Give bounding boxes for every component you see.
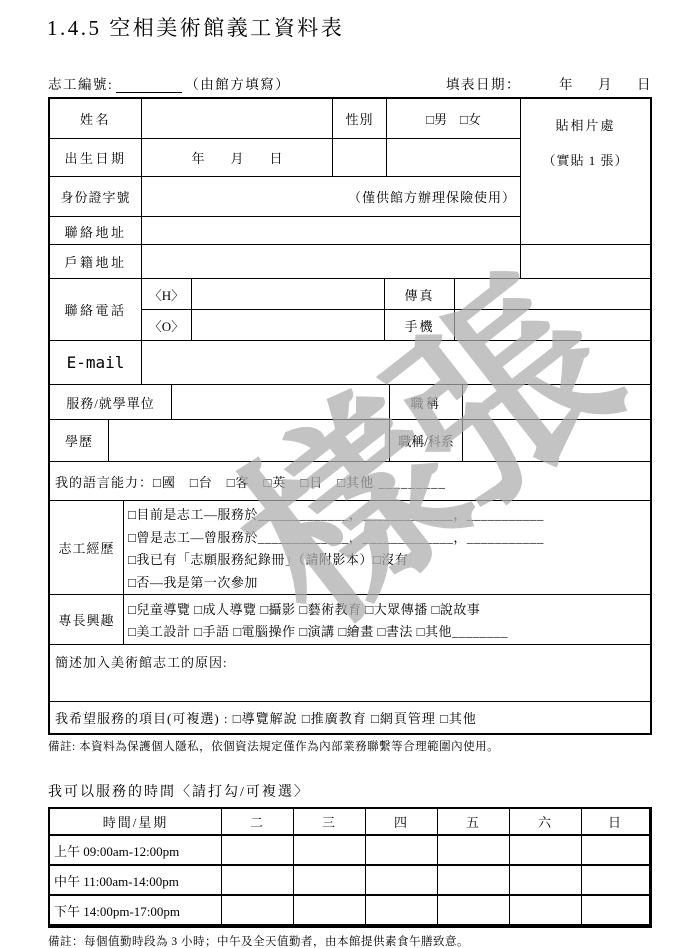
job-dept-field [463,420,650,461]
phone-home-tag: 〈H〉 [142,279,192,309]
mobile-field [455,310,650,340]
fax-label: 傳真 [385,279,455,309]
schedule-header-sat: 六 [510,809,582,834]
volunteer-no-blank [116,78,182,93]
education-row: 學歷 職稱/科系 [50,420,650,462]
schedule-noon-label: 中午 11:00am-14:00pm [50,866,222,894]
name-label: 姓名 [50,99,142,138]
schedule-cell [582,836,650,864]
specialty-line-1: □兒童導覽 □成人導覽 □攝影 □藝術教育 □大眾傳播 □說故事 [128,599,650,618]
specialty-row: 專長興趣 □兒童導覽 □成人導覽 □攝影 □藝術教育 □大眾傳播 □說故事 □美… [50,595,650,645]
schedule-cell [510,866,582,894]
birth-empty-cell-1 [333,139,387,176]
phone-block: 聯絡電話 〈H〉 傳真 〈O〉 手機 [50,279,650,341]
job-title-field [463,385,650,419]
experience-line-record-book: □我已有「志願服務紀錄冊」（請附影本）□沒有 [128,549,650,568]
reason-row: 簡述加入美術館志工的原因: [50,645,650,702]
schedule-cell [438,836,510,864]
wish-row: 我希望服務的項目(可複選) : □導覽解說 □推廣教育 □網頁管理 □其他 [50,702,650,733]
photo-area-title: 貼相片處 [555,115,615,134]
phone-block-right: 〈H〉 傳真 〈O〉 手機 [142,279,650,340]
top-block: 姓名 性別 □男 □女 出生日期 年 月 日 身份證字號 （僅供館方辦理保險使用… [50,99,650,245]
schedule-heading: 我可以服務的時間〈請打勾/可複選〉 [48,781,310,801]
language-line: 我的語言能力：□國 □台 □客 □英 □日 □其他 _________ [50,462,650,500]
schedule-note: 備註：每個值勤時段為 3 小時；中午及全天值勤者，由本館提供素食午膳致意。 [48,933,469,948]
contact-address-field [142,217,521,245]
phone-office-tag: 〈O〉 [142,310,192,340]
specialty-options: □兒童導覽 □成人導覽 □攝影 □藝術教育 □大眾傳播 □說故事 □美工設計 □… [124,595,650,644]
schedule-afternoon-label: 下午 14:00pm-17:00pm [50,896,222,924]
schedule-cell [366,836,438,864]
job-title-label: 職稱 [390,385,463,419]
privacy-note: 備註: 本資料為保護個人隱私，依個資法規定僅作為內部業務聯繫等合理範圍內使用。 [48,738,499,754]
schedule-cell [222,896,294,924]
contact-address-row: 聯絡地址 [50,217,521,245]
experience-options: □目前是志工—服務於_____________，_____________，__… [124,501,650,594]
gender-label: 性別 [333,99,387,138]
service-unit-field [172,385,390,419]
experience-line-current: □目前是志工—服務於_____________，_____________，__… [128,504,650,523]
fill-date-month: 月 [598,73,613,93]
birth-label: 出生日期 [50,139,142,176]
schedule-table: 時間/星期 二 三 四 五 六 日 上午 09:00am-12:00pm 中午 … [48,807,652,928]
schedule-header-wed: 三 [294,809,366,834]
contact-address-label: 聯絡地址 [50,217,142,245]
main-form-table: 姓名 性別 □男 □女 出生日期 年 月 日 身份證字號 （僅供館方辦理保險使用… [48,97,652,735]
household-address-field [142,245,521,278]
email-row: E-mail [50,341,650,385]
birth-field: 年 月 日 [142,139,333,176]
education-label: 學歷 [50,420,109,461]
volunteer-no-hint: （由館方填寫） [185,73,290,93]
schedule-cell [366,866,438,894]
experience-line-first-time: □否—我是第一次參加 [128,572,650,591]
schedule-header-fri: 五 [438,809,510,834]
page-title: 1.4.5 空相美術館義工資料表 [47,12,344,42]
household-empty-cell [521,245,650,278]
schedule-cell [438,866,510,894]
schedule-morning-label: 上午 09:00am-12:00pm [50,836,222,864]
phone-home-row: 〈H〉 傳真 [142,279,650,310]
phone-home-field [192,279,385,309]
schedule-cell [582,866,650,894]
volunteer-form-page: 1.4.5 空相美術館義工資料表 志工編號: （由館方填寫） 填表日期： 年 月… [0,0,693,948]
fill-date-label: 填表日期： [446,73,521,93]
schedule-cell [438,896,510,924]
experience-row: 志工經歷 □目前是志工—服務於_____________，___________… [50,501,650,595]
volunteer-no-label: 志工編號: [48,73,113,93]
schedule-header-sun: 日 [582,809,650,834]
email-label: E-mail [50,341,142,384]
name-field [142,99,333,138]
schedule-row-noon: 中午 11:00am-14:00pm [50,866,650,896]
fill-date-day: 日 [637,73,652,93]
birth-empty-cell-2 [387,139,521,176]
schedule-cell [222,836,294,864]
household-address-row: 戶籍地址 [50,245,650,279]
wish-line: 我希望服務的項目(可複選) : □導覽解說 □推廣教育 □網頁管理 □其他 [50,702,650,733]
schedule-header-time: 時間/星期 [50,809,222,834]
fill-date-group: 填表日期： 年 月 日 [446,73,652,93]
schedule-cell [222,866,294,894]
email-field [142,341,650,384]
fill-date-year: 年 [559,73,574,93]
service-unit-label: 服務/就學單位 [50,385,172,419]
schedule-cell [510,836,582,864]
household-address-label: 戶籍地址 [50,245,142,278]
id-label: 身份證字號 [50,177,142,216]
id-note: （僅供館方辦理保險使用） [142,177,521,216]
schedule-row-afternoon: 下午 14:00pm-17:00pm [50,896,650,926]
name-row: 姓名 性別 □男 □女 [50,99,521,139]
phone-office-row: 〈O〉 手機 [142,310,650,340]
mobile-label: 手機 [385,310,455,340]
specialty-line-2: □美工設計 □手語 □電腦操作 □演講 □繪畫 □書法 □其他________ [128,621,650,640]
schedule-cell [510,896,582,924]
phone-office-field [192,310,385,340]
language-row: 我的語言能力：□國 □台 □客 □英 □日 □其他 _________ [50,462,650,501]
reason-label: 簡述加入美術館志工的原因: [50,645,650,701]
birth-row: 出生日期 年 月 日 [50,139,521,177]
schedule-header-row: 時間/星期 二 三 四 五 六 日 [50,809,650,836]
schedule-header-thu: 四 [366,809,438,834]
service-unit-row: 服務/就學單位 職稱 [50,385,650,420]
schedule-cell [366,896,438,924]
gender-options: □男 □女 [387,99,521,138]
photo-area-note: （實貼 1 張） [542,150,628,169]
photo-area: 貼相片處 （實貼 1 張） [521,99,650,244]
education-field [109,420,390,461]
schedule-cell [294,896,366,924]
schedule-cell [582,896,650,924]
experience-line-past: □曾是志工—曾服務於_____________，_____________，__… [128,527,650,546]
top-info-line: 志工編號: （由館方填寫） 填表日期： 年 月 日 [48,73,652,93]
experience-label: 志工經歷 [50,501,124,594]
schedule-header-tue: 二 [222,809,294,834]
job-dept-label: 職稱/科系 [390,420,463,461]
top-block-left: 姓名 性別 □男 □女 出生日期 年 月 日 身份證字號 （僅供館方辦理保險使用… [50,99,521,244]
fax-field [455,279,650,309]
id-row: 身份證字號 （僅供館方辦理保險使用） [50,177,521,217]
schedule-row-morning: 上午 09:00am-12:00pm [50,836,650,866]
phone-label: 聯絡電話 [50,279,142,340]
specialty-label: 專長興趣 [50,595,124,644]
schedule-cell [294,836,366,864]
schedule-cell [294,866,366,894]
